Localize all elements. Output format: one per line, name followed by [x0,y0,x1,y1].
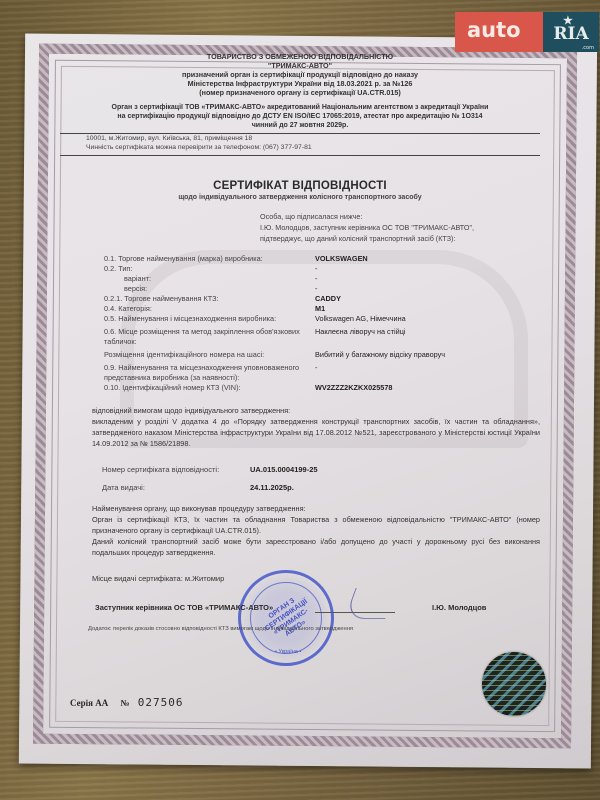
signatory-name: І.Ю. Молодцов [432,603,486,612]
approval-body: Найменування органу, що виконував процед… [60,503,540,558]
requirements-intro: відповідний вимогам щодо індивідуального… [92,405,540,416]
verification-phone: Чинність сертифіката можна перевірити за… [60,143,540,152]
issue-date-label: Дата видачі: [60,479,250,497]
field-value: VOLKSWAGEN [315,254,368,264]
field-value: WV2ZZZ2KZKX025578 [315,383,392,393]
registration-note: Даний колісний транспортний засіб може б… [92,536,540,558]
hologram-sticker-icon [482,652,546,716]
certificate-content: ТОВАРИСТВО З ОБМЕЖЕНОЮ ВІДПОВІДАЛЬНІСТЮ … [60,52,540,583]
field-row: 0.4. Категорія:M1 [60,304,540,314]
logo-ria-block: ★ RIA .com [543,12,599,52]
person-line1: Особа, що підписалася нижче: [260,211,540,222]
field-row: варіант:- [60,274,540,284]
field-value: Наклеєна ліворуч на стійці [315,327,406,347]
signatory-position: Заступник керівника ОС ТОВ «ТРИМАКС-АВТО… [95,603,273,612]
field-label: 0.9. Найменування та місцезнаходження уп… [60,363,315,383]
field-value: - [315,274,317,284]
field-label: 0.2.1. Торгове найменування КТЗ: [60,294,315,304]
field-label: варіант: [60,274,315,284]
issuer-header: ТОВАРИСТВО З ОБМЕЖЕНОЮ ВІДПОВІДАЛЬНІСТЮ … [60,52,540,97]
field-label: 0.10. Ідентифікаційний номер КТЗ (VIN): [60,383,315,393]
stamp-bottom-text: • Україна • [275,649,301,655]
field-row: 0.1. Торгове найменування (марка) виробн… [60,254,540,264]
approval-body-heading: Найменування органу, що виконував процед… [92,503,540,514]
issue-date-value: 24.11.2025р. [250,479,294,497]
person-line2: І.Ю. Молодцов, заступник керівника ОС ТО… [260,222,540,233]
logo-ria-text: RIA [553,24,588,44]
address: 10001, м.Житомир, вул. Київська, 81, при… [60,134,540,143]
accreditation-line2: на сертифікацію продукції відповідно до … [60,112,540,121]
certificate-number-value: UA.015.0004199-25 [250,461,318,479]
header-line3: призначений орган із сертифікації продук… [60,70,540,79]
field-value: - [315,264,317,274]
serial-number-value: 027506 [138,696,184,709]
signatory-statement: Особа, що підписалася нижче: І.Ю. Молодц… [260,211,540,244]
field-label: 0.2. Тип: [60,264,315,274]
accreditation-line3: чинний до 27 жовтня 2029р. [60,121,540,130]
field-label: 0.4. Категорія: [60,304,315,314]
org-name-line1: ТОВАРИСТВО З ОБМЕЖЕНОЮ ВІДПОВІДАЛЬНІСТЮ [60,52,540,61]
annex-note: Додаток: перелік доказів стосовно відпов… [88,626,353,632]
logo-com-text: .com [582,45,594,51]
vehicle-fields: 0.1. Торгове найменування (марка) виробн… [60,254,540,393]
field-row: 0.6. Місце розміщення та метод закріплен… [60,327,540,347]
field-label: 0.1. Торгове найменування (марка) виробн… [60,254,315,264]
field-value: CADDY [315,294,341,304]
signature-line [315,612,395,613]
field-value: M1 [315,304,325,314]
header-line5: (номер призначеного органу із сертифікац… [60,88,540,97]
number-sign: № [120,698,129,708]
field-row: 0.10. Ідентифікаційний номер КТЗ (VIN):W… [60,383,540,393]
autoria-watermark-logo: auto ★ RIA .com [455,12,599,52]
field-value: - [315,363,317,383]
certificate-number-label: Номер сертифіката відповідності: [60,461,250,479]
person-line3: підтверджує, що даний колісний транспорт… [260,233,540,244]
field-row: 0.2.1. Торгове найменування КТЗ:CADDY [60,294,540,304]
certificate-subtitle: щодо індивідуального затвердження колісн… [60,194,540,201]
header-line4: Міністерства Інфраструктури України від … [60,79,540,88]
certificate-details: Номер сертифіката відповідності: UA.015.… [60,461,540,497]
serial-number: Серія АА № 027506 [70,696,184,709]
approval-body-name: Орган із сертифікації КТЗ, їх частин та … [92,514,540,536]
requirements-text: викладеним у розділі V додатка 4 до «Пор… [92,416,540,449]
certificate-number-row: Номер сертифіката відповідності: UA.015.… [60,461,540,479]
official-stamp-icon: ОРГАН З СЕРТИФІКАЦІЇ «ТРИМАКС-АВТО» • Ук… [238,570,334,666]
field-label: версія: [60,284,315,294]
certificate-title: СЕРТИФІКАТ ВІДПОВІДНОСТІ [60,180,540,192]
field-row: 0.9. Найменування та місцезнаходження уп… [60,363,540,383]
requirements-block: відповідний вимогам щодо індивідуального… [60,405,540,449]
issue-date-row: Дата видачі: 24.11.2025р. [60,479,540,497]
field-row: 0.5. Найменування і місцезнаходження вир… [60,314,540,324]
field-label: 0.6. Місце розміщення та метод закріплен… [60,327,315,347]
org-name-line2: "ТРИМАКС-АВТО" [60,61,540,70]
field-value: Вибитий у багажному відсіку праворуч [315,350,445,360]
accreditation-line1: Орган з сертифікації ТОВ «ТРИМАКС-АВТО» … [60,103,540,112]
field-value: - [315,284,317,294]
divider [60,155,540,156]
field-label: Розміщення ідентифікаційного номера на ш… [60,350,315,360]
field-row: Розміщення ідентифікаційного номера на ш… [60,350,540,360]
series-label: Серія АА [70,698,108,708]
field-row: 0.2. Тип:- [60,264,540,274]
field-value: Volkswagen AG, Німеччина [315,314,406,324]
logo-auto-text: auto [455,12,543,52]
field-row: версія:- [60,284,540,294]
field-label: 0.5. Найменування і місцезнаходження вир… [60,314,315,324]
star-icon: ★ [563,14,573,27]
accreditation-block: Орган з сертифікації ТОВ «ТРИМАКС-АВТО» … [60,103,540,130]
